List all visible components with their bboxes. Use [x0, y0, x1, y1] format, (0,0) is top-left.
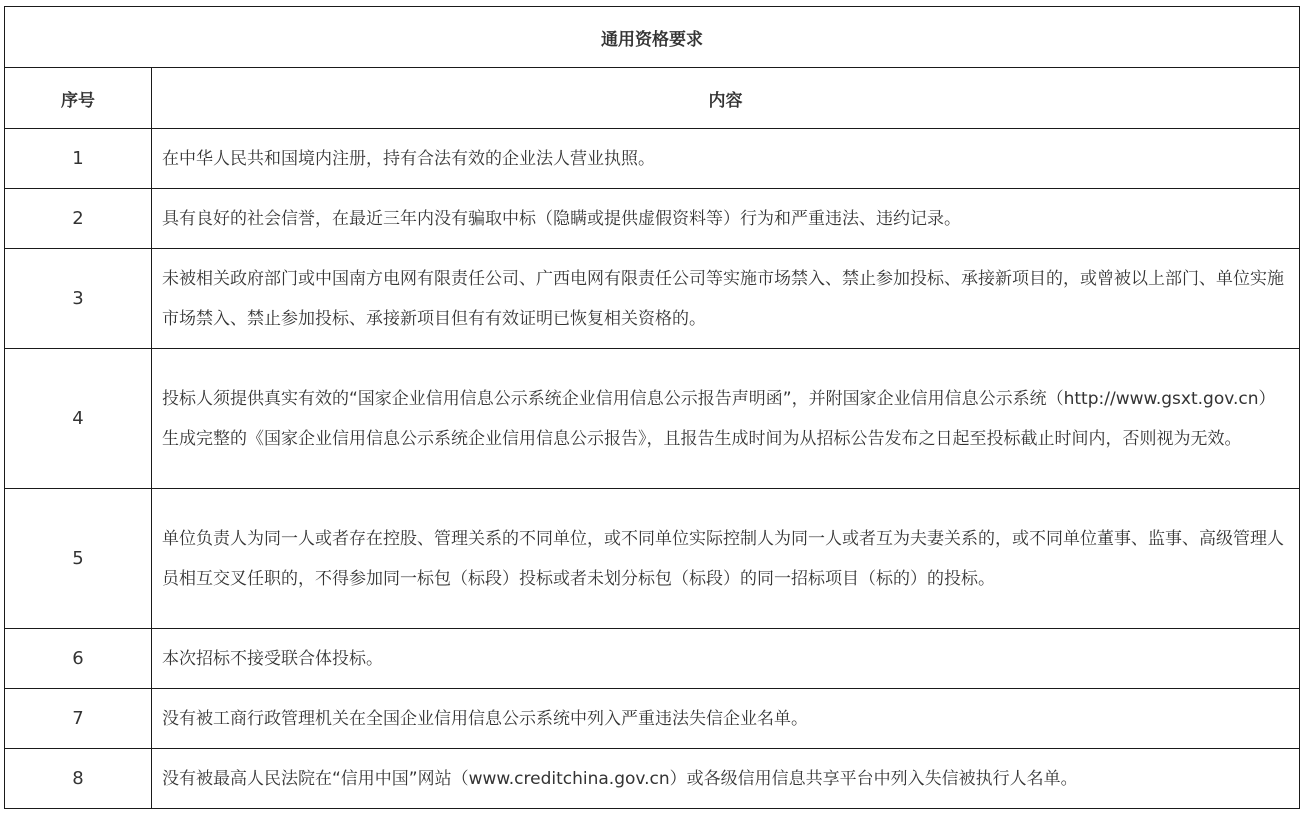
- row-content: 本次招标不接受联合体投标。: [152, 629, 1300, 689]
- row-content: 没有被工商行政管理机关在全国企业信用信息公示系统中列入严重违法失信企业名单。: [152, 689, 1300, 749]
- table-row: 6 本次招标不接受联合体投标。: [5, 629, 1300, 689]
- row-number: 3: [5, 249, 152, 349]
- table-row: 4 投标人须提供真实有效的“国家企业信用信息公示系统企业信用信息公示报告声明函”…: [5, 349, 1300, 489]
- header-content: 内容: [152, 68, 1300, 129]
- table-row: 7 没有被工商行政管理机关在全国企业信用信息公示系统中列入严重违法失信企业名单。: [5, 689, 1300, 749]
- table-row: 1 在中华人民共和国境内注册，持有合法有效的企业法人营业执照。: [5, 129, 1300, 189]
- header-number: 序号: [5, 68, 152, 129]
- table-row: 5 单位负责人为同一人或者存在控股、管理关系的不同单位，或不同单位实际控制人为同…: [5, 489, 1300, 629]
- row-content: 单位负责人为同一人或者存在控股、管理关系的不同单位，或不同单位实际控制人为同一人…: [152, 489, 1300, 629]
- table-row: 2 具有良好的社会信誉，在最近三年内没有骗取中标（隐瞒或提供虚假资料等）行为和严…: [5, 189, 1300, 249]
- table-header-row: 序号 内容: [5, 68, 1300, 129]
- row-number: 7: [5, 689, 152, 749]
- row-number: 1: [5, 129, 152, 189]
- row-number: 2: [5, 189, 152, 249]
- qualification-requirements-table: 通用资格要求 序号 内容 1 在中华人民共和国境内注册，持有合法有效的企业法人营…: [4, 6, 1300, 809]
- row-content: 没有被最高人民法院在“信用中国”网站（www.creditchina.gov.c…: [152, 749, 1300, 809]
- table-title-row: 通用资格要求: [5, 7, 1300, 68]
- row-number: 4: [5, 349, 152, 489]
- table-row: 8 没有被最高人民法院在“信用中国”网站（www.creditchina.gov…: [5, 749, 1300, 809]
- row-number: 8: [5, 749, 152, 809]
- row-content: 投标人须提供真实有效的“国家企业信用信息公示系统企业信用信息公示报告声明函”，并…: [152, 349, 1300, 489]
- row-content: 未被相关政府部门或中国南方电网有限责任公司、广西电网有限责任公司等实施市场禁入、…: [152, 249, 1300, 349]
- row-number: 5: [5, 489, 152, 629]
- row-number: 6: [5, 629, 152, 689]
- table-row: 3 未被相关政府部门或中国南方电网有限责任公司、广西电网有限责任公司等实施市场禁…: [5, 249, 1300, 349]
- table-title: 通用资格要求: [5, 7, 1300, 68]
- row-content: 具有良好的社会信誉，在最近三年内没有骗取中标（隐瞒或提供虚假资料等）行为和严重违…: [152, 189, 1300, 249]
- row-content: 在中华人民共和国境内注册，持有合法有效的企业法人营业执照。: [152, 129, 1300, 189]
